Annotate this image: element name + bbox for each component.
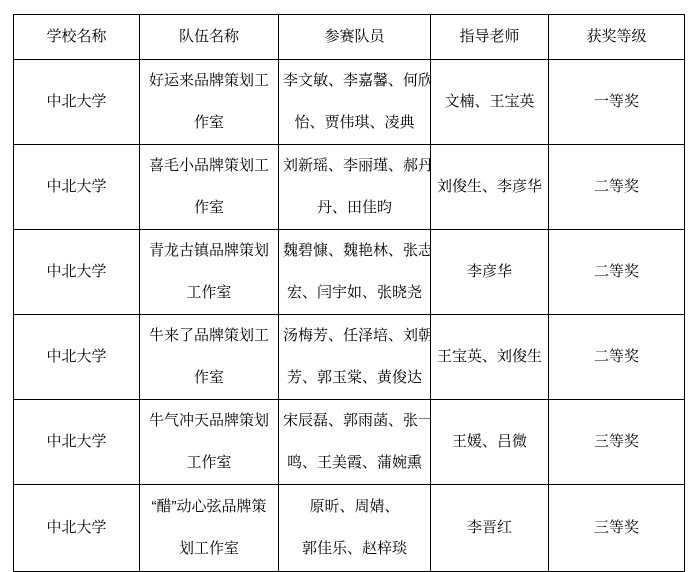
cell-line: 作室 xyxy=(144,357,274,399)
award-cell: 二等奖 xyxy=(549,145,685,230)
award-cell: 一等奖 xyxy=(549,60,685,145)
school-cell: 中北大学 xyxy=(14,315,140,400)
cell-line: 三等奖 xyxy=(553,421,680,463)
members-cell: 宋辰磊、郭雨菡、张一鸣、王美霞、蒲婉熏 xyxy=(279,400,431,485)
cell-line: 作室 xyxy=(144,187,274,229)
cell-line: “醋”动心弦品牌策 xyxy=(144,486,274,528)
award-cell: 二等奖 xyxy=(549,230,685,315)
cell-line: 王宝英、刘俊生 xyxy=(435,336,544,378)
cell-line: 鸣、王美霞、蒲婉熏 xyxy=(283,442,426,484)
col-header-teachers: 指导老师 xyxy=(431,15,549,60)
table-row: 中北大学牛气冲天品牌策划工作室宋辰磊、郭雨菡、张一鸣、王美霞、蒲婉熏王媛、吕微三… xyxy=(14,400,685,485)
col-header-team: 队伍名称 xyxy=(140,15,279,60)
cell-line: 刘俊生、李彦华 xyxy=(435,166,544,208)
header-row: 学校名称 队伍名称 参赛队员 指导老师 获奖等级 xyxy=(14,15,685,60)
cell-line: 好运来品牌策划工 xyxy=(144,60,274,102)
cell-line: 中北大学 xyxy=(18,336,135,378)
cell-line: 一等奖 xyxy=(553,81,680,123)
teachers-cell: 王媛、吕微 xyxy=(431,400,549,485)
cell-line: 工作室 xyxy=(144,442,274,484)
members-cell: 汤梅芳、任泽培、刘朝芳、郭玉棠、黄俊达 xyxy=(279,315,431,400)
members-cell: 刘新瑶、李丽瑾、郝丹丹、田佳昀 xyxy=(279,145,431,230)
cell-line: 二等奖 xyxy=(553,166,680,208)
cell-line: 喜毛小品牌策划工 xyxy=(144,145,274,187)
awards-table: 学校名称 队伍名称 参赛队员 指导老师 获奖等级 中北大学好运来品牌策划工作室李… xyxy=(13,14,685,572)
team-cell: 牛来了品牌策划工作室 xyxy=(140,315,279,400)
team-cell: 好运来品牌策划工作室 xyxy=(140,60,279,145)
award-cell: 三等奖 xyxy=(549,485,685,572)
cell-line: 丹、田佳昀 xyxy=(283,187,426,229)
table-row: 中北大学青龙古镇品牌策划工作室魏碧慷、魏艳林、张志宏、闫宇如、张晓尧李彦华二等奖 xyxy=(14,230,685,315)
cell-line: 芳、郭玉棠、黄俊达 xyxy=(283,357,426,399)
col-header-school: 学校名称 xyxy=(14,15,140,60)
cell-line: 原昕、周婧、 xyxy=(283,486,426,528)
cell-line: 王媛、吕微 xyxy=(435,421,544,463)
table-row: 中北大学喜毛小品牌策划工作室刘新瑶、李丽瑾、郝丹丹、田佳昀刘俊生、李彦华二等奖 xyxy=(14,145,685,230)
cell-line: 郭佳乐、赵梓琰 xyxy=(283,528,426,570)
school-cell: 中北大学 xyxy=(14,400,140,485)
team-cell: 喜毛小品牌策划工作室 xyxy=(140,145,279,230)
cell-line: 牛气冲天品牌策划 xyxy=(144,400,274,442)
cell-line: 魏碧慷、魏艳林、张志 xyxy=(283,230,426,272)
cell-line: 中北大学 xyxy=(18,81,135,123)
cell-line: 青龙古镇品牌策划 xyxy=(144,230,274,272)
cell-line: 划工作室 xyxy=(144,528,274,570)
cell-line: 刘新瑶、李丽瑾、郝丹 xyxy=(283,145,426,187)
table-row: 中北大学“醋”动心弦品牌策划工作室原昕、周婧、郭佳乐、赵梓琰李晋红三等奖 xyxy=(14,485,685,572)
cell-line: 李晋红 xyxy=(435,507,544,549)
school-cell: 中北大学 xyxy=(14,230,140,315)
table-row: 中北大学好运来品牌策划工作室李文敏、李嘉馨、何欣怡、贾伟琪、凌典文楠、王宝英一等… xyxy=(14,60,685,145)
cell-line: 汤梅芳、任泽培、刘朝 xyxy=(283,315,426,357)
teachers-cell: 王宝英、刘俊生 xyxy=(431,315,549,400)
cell-line: 怡、贾伟琪、凌典 xyxy=(283,102,426,144)
cell-line: 工作室 xyxy=(144,272,274,314)
col-header-award: 获奖等级 xyxy=(549,15,685,60)
table-row: 中北大学牛来了品牌策划工作室汤梅芳、任泽培、刘朝芳、郭玉棠、黄俊达王宝英、刘俊生… xyxy=(14,315,685,400)
team-cell: “醋”动心弦品牌策划工作室 xyxy=(140,485,279,572)
school-cell: 中北大学 xyxy=(14,485,140,572)
cell-line: 宏、闫宇如、张晓尧 xyxy=(283,272,426,314)
cell-line: 宋辰磊、郭雨菡、张一 xyxy=(283,400,426,442)
col-header-members: 参赛队员 xyxy=(279,15,431,60)
members-cell: 魏碧慷、魏艳林、张志宏、闫宇如、张晓尧 xyxy=(279,230,431,315)
teachers-cell: 文楠、王宝英 xyxy=(431,60,549,145)
teachers-cell: 李彦华 xyxy=(431,230,549,315)
cell-line: 李文敏、李嘉馨、何欣 xyxy=(283,60,426,102)
cell-line: 中北大学 xyxy=(18,421,135,463)
teachers-cell: 刘俊生、李彦华 xyxy=(431,145,549,230)
cell-line: 三等奖 xyxy=(553,507,680,549)
members-cell: 李文敏、李嘉馨、何欣怡、贾伟琪、凌典 xyxy=(279,60,431,145)
cell-line: 作室 xyxy=(144,102,274,144)
school-cell: 中北大学 xyxy=(14,145,140,230)
team-cell: 牛气冲天品牌策划工作室 xyxy=(140,400,279,485)
award-cell: 二等奖 xyxy=(549,315,685,400)
cell-line: 中北大学 xyxy=(18,251,135,293)
members-cell: 原昕、周婧、郭佳乐、赵梓琰 xyxy=(279,485,431,572)
school-cell: 中北大学 xyxy=(14,60,140,145)
cell-line: 文楠、王宝英 xyxy=(435,81,544,123)
cell-line: 中北大学 xyxy=(18,507,135,549)
award-results-page: 学校名称 队伍名称 参赛队员 指导老师 获奖等级 中北大学好运来品牌策划工作室李… xyxy=(0,0,699,572)
teachers-cell: 李晋红 xyxy=(431,485,549,572)
cell-line: 李彦华 xyxy=(435,251,544,293)
team-cell: 青龙古镇品牌策划工作室 xyxy=(140,230,279,315)
cell-line: 中北大学 xyxy=(18,166,135,208)
award-cell: 三等奖 xyxy=(549,400,685,485)
cell-line: 牛来了品牌策划工 xyxy=(144,315,274,357)
cell-line: 二等奖 xyxy=(553,251,680,293)
cell-line: 二等奖 xyxy=(553,336,680,378)
